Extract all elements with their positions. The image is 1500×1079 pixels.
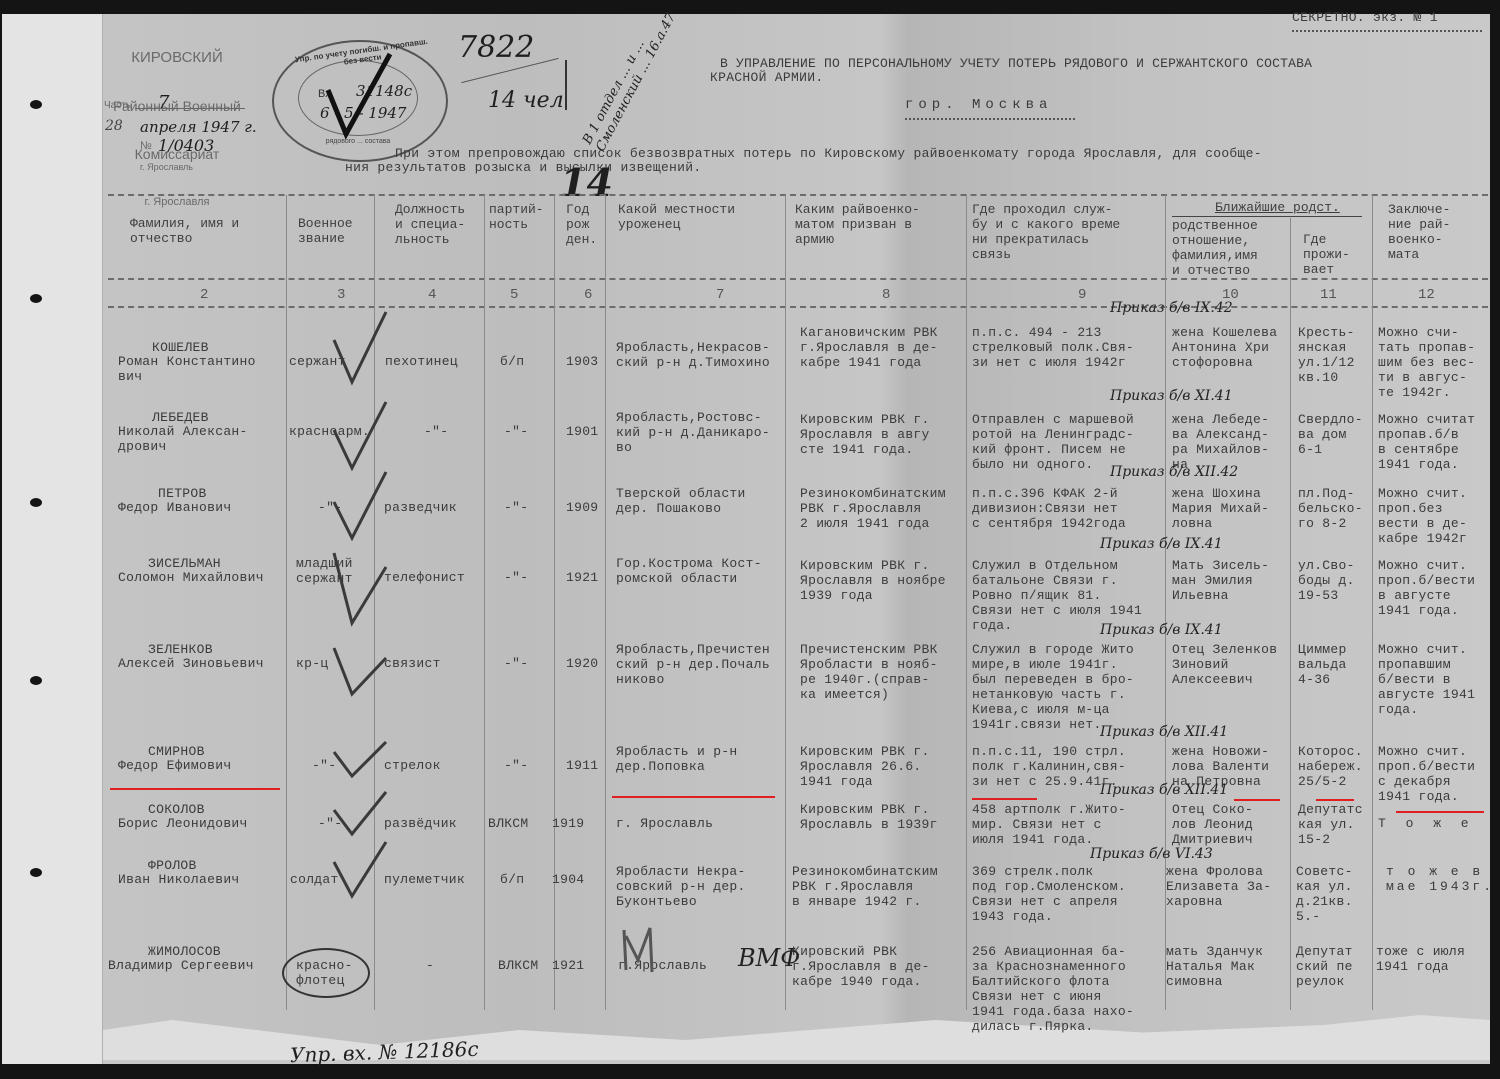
col-divider — [785, 195, 786, 1010]
handwritten-annotation: Приказ б/в IX.42 — [1110, 300, 1233, 316]
party: -"- — [504, 500, 528, 515]
service-info: 369 стрелк.полк под гор.Смоленском. Связ… — [972, 864, 1126, 924]
col-header-10: родственное отношение, фамилия,имя и отч… — [1172, 218, 1258, 278]
punch-hole — [30, 868, 42, 877]
checkmark-icon — [330, 310, 390, 390]
handwritten-count: 14 чел — [488, 88, 564, 113]
surname: ЗИСЕЛЬМАН — [148, 556, 221, 571]
drafted-by: Кировский РВК г.Ярославля в де- кабре 19… — [792, 944, 930, 989]
part-label: Часть — [104, 100, 131, 111]
surname: КОШЕЛЕВ — [152, 340, 209, 355]
col-divider — [484, 195, 485, 1010]
surname: ЗЕЛЕНКОВ — [148, 642, 213, 657]
addressee-city: гор. Москва — [905, 98, 1052, 113]
service-info: 458 артполк г.Жито- мир. Связи нет с июл… — [972, 802, 1126, 847]
col-header-5: партий- ность — [489, 202, 544, 232]
col-number-7: 7 — [716, 287, 724, 303]
group-rule — [1172, 216, 1362, 217]
full-name: Федор Иванович — [118, 500, 231, 515]
full-name: Владимир Сергеевич — [108, 958, 254, 973]
full-name: Соломон Михайлович — [118, 570, 264, 585]
highlight-underline — [110, 788, 280, 790]
position: пехотинец — [385, 354, 458, 369]
conclusion: Можно счит. пропавшим б/вести в августе … — [1378, 642, 1475, 717]
service-info: 256 Авиационная ба- за Краснознаменного … — [972, 944, 1134, 1034]
handwritten-annotation: Приказ б/в XII.42 — [1110, 464, 1238, 480]
handwritten-annotation: Приказ б/в IX.41 — [1100, 536, 1223, 552]
drafted-by: Кагановичским РВК г.Ярославля в де- кабр… — [800, 325, 938, 370]
addressee-line2: КРАСНОЙ АРМИИ. — [710, 70, 823, 85]
relative: Отец Соко- лов Леонид Дмитриевич — [1172, 802, 1253, 847]
handwritten-annotation: Приказ б/в IX.41 — [1100, 622, 1223, 638]
part-value: 7 — [158, 92, 169, 113]
intro-line2: ния результатов розыска и высылки извеще… — [345, 160, 701, 175]
letterhead-line2: Районный Военный — [112, 98, 242, 114]
checkmark-icon — [330, 840, 390, 900]
date-handwritten: апреля 1947 г. — [140, 118, 257, 136]
surname: ФРОЛОВ — [148, 858, 197, 873]
punch-hole — [30, 294, 42, 303]
party: б/п — [500, 872, 524, 887]
address: Свердло- ва дом 6-1 — [1298, 412, 1363, 457]
checkmark-icon — [330, 545, 390, 630]
service-info: Служил в городе Жито мире,в июле 1941г. … — [972, 642, 1134, 732]
party: -"- — [504, 424, 528, 439]
drafted-by: Пречистенским РВК Яробласти в нояб- ре 1… — [800, 642, 938, 702]
binding-strip — [2, 14, 103, 1064]
underline — [1292, 30, 1482, 32]
col-number-6: 6 — [584, 287, 592, 303]
full-name: Иван Николаевич — [118, 872, 240, 887]
address: пл.Под- бельско- го 8-2 — [1298, 486, 1363, 531]
surname: СМИРНОВ — [148, 744, 205, 759]
handwritten-annotation: Приказ б/в XII.41 — [1100, 782, 1228, 798]
letterhead-line1: КИРОВСКИЙ — [112, 50, 242, 66]
birthplace: г. Ярославль — [616, 816, 713, 831]
col-header-2: Фамилия, имя и отчество — [130, 216, 239, 246]
party: -"- — [504, 758, 528, 773]
punch-hole — [30, 100, 42, 109]
col-header-4: Должность и специа- льность — [395, 202, 465, 247]
party: б/п — [500, 354, 524, 369]
position: -"- — [424, 424, 448, 439]
party: -"- — [504, 656, 528, 671]
address: Кресть- янская ул.1/12 кв.10 — [1298, 325, 1355, 385]
conclusion: Можно счит. проп.без вести в де- кабре 1… — [1378, 486, 1467, 546]
col-number-11: 11 — [1320, 287, 1337, 303]
letterhead-line4: г. Ярославля — [112, 194, 242, 210]
birth-year: 1911 — [566, 758, 598, 773]
birth-year: 1921 — [552, 958, 584, 973]
relative: Мать Зисель- ман Эмилия Ильевна — [1172, 558, 1269, 603]
highlight-underline — [1316, 799, 1354, 801]
position: развёдчик — [384, 816, 457, 831]
handwritten-annotation: Приказ б/в VI.43 — [1090, 846, 1213, 862]
addressee-line1: В УПРАВЛЕНИЕ ПО ПЕРСОНАЛЬНОМУ УЧЕТУ ПОТЕ… — [720, 56, 1312, 71]
handwritten-annotation: Приказ б/в XI.41 — [1110, 388, 1233, 404]
divider — [135, 108, 245, 109]
birth-year: 1920 — [566, 656, 598, 671]
relative: жена Лебеде- ва Александ- ра Михайлов- н… — [1172, 412, 1269, 472]
relative: жена Кошелева Антонина Хри стофоровна — [1172, 325, 1277, 370]
party: -"- — [504, 570, 528, 585]
checkmark-icon — [330, 400, 390, 475]
service-info: Отправлен с маршевой ротой на Ленинградс… — [972, 412, 1134, 472]
col-number-9: 9 — [1078, 287, 1086, 303]
position: пулеметчик — [384, 872, 465, 887]
full-name: Николай Алексан- дрович — [118, 424, 248, 454]
col-divider — [286, 195, 287, 1010]
received-stamp: Упр. по учету погибш. и пропавш. без вес… — [272, 40, 448, 162]
col-number-3: 3 — [337, 287, 345, 303]
col-number-2: 2 — [200, 287, 208, 303]
col-number-5: 5 — [510, 287, 518, 303]
surname: ПЕТРОВ — [158, 486, 207, 501]
handwritten-annotation: Приказ б/в XII.41 — [1100, 724, 1228, 740]
birth-year: 1919 — [552, 816, 584, 831]
handwritten-mark — [620, 926, 656, 976]
col-divider — [966, 195, 967, 1010]
classification: СЕКРЕТНО. экз. № 1 — [1292, 10, 1438, 25]
drafted-by: Резинокомбинатским РВК г.Ярославля 2 июл… — [800, 486, 946, 531]
birthplace: Тверской области дер. Пошаково — [616, 486, 746, 516]
group-header-relatives: Ближайшие родст. — [1215, 200, 1340, 215]
drafted-by: Кировским РВК г. Ярославля 26.6. 1941 го… — [800, 744, 930, 789]
number-label: № — [140, 140, 152, 152]
col-header-9: Где проходил служ- бу и с какого време н… — [972, 202, 1120, 262]
col-header-11: Где прожи- вает — [1303, 232, 1350, 277]
checkmark-icon — [330, 640, 390, 700]
service-info: п.п.с. 494 - 213 стрелковый полк.Свя- зи… — [972, 325, 1134, 370]
conclusion: тоже с июля 1941 года — [1376, 944, 1465, 974]
hand-bar — [565, 60, 567, 110]
relative: мать Зданчук Наталья Мак симовна — [1166, 944, 1263, 989]
checkmark-icon — [330, 470, 390, 545]
address: Советс- кая ул. д.21кв. 5.- — [1296, 864, 1353, 924]
col-number-12: 12 — [1418, 287, 1435, 303]
underline — [905, 118, 1075, 120]
col-number-4: 4 — [428, 287, 436, 303]
drafted-by: Кировским РВК г. Ярославля в авгу сте 19… — [800, 412, 930, 457]
highlight-underline — [972, 798, 1037, 800]
surname: СОКОЛОВ — [148, 802, 205, 817]
rank: кр-ц — [296, 656, 328, 671]
relative: Отец Зеленков Зиновий Алексеевич — [1172, 642, 1277, 687]
col-header-7: Какой местности уроженец — [618, 202, 735, 232]
punch-hole — [30, 498, 42, 507]
address: Которос. набереж. 25/5-2 — [1298, 744, 1363, 789]
checkmark-icon — [330, 790, 390, 840]
birth-year: 1921 — [566, 570, 598, 585]
highlight-underline — [1396, 811, 1484, 813]
col-header-12: Заключе- ние рай- военко- мата — [1388, 202, 1450, 262]
col-divider — [554, 195, 555, 1010]
address: Депутат ский пе реулок — [1296, 944, 1353, 989]
party: ВЛКСМ — [498, 958, 539, 973]
relative: жена Фролова Елизавета За- харовна — [1166, 864, 1271, 909]
full-name: Роман Константино вич — [118, 354, 256, 384]
conclusion: Можно счит. проп.б/вести с декабря 1941 … — [1378, 744, 1475, 804]
birth-year: 1901 — [566, 424, 598, 439]
birthplace: Гор.Кострома Кост- ромской области — [616, 556, 762, 586]
drafted-by: Кировским РВК г. Ярославля в ноябре 1939… — [800, 558, 946, 603]
col-header-8: Каким райвоенко- матом призван в армию — [795, 202, 920, 247]
number-value: 1/0403 — [158, 136, 214, 155]
circled-rank — [282, 948, 370, 998]
col-number-8: 8 — [882, 287, 890, 303]
conclusion: Можно считат пропав.б/в в сентябре 1941 … — [1378, 412, 1475, 472]
position: - — [426, 958, 434, 973]
address: ул.Сво- боды д. 19-53 — [1298, 558, 1355, 603]
position: стрелок — [384, 758, 441, 773]
table-top-rule — [108, 194, 1488, 196]
col-header-6: Год рож ден. — [566, 202, 597, 247]
address: Депутатс кая ул. 15-2 — [1298, 802, 1363, 847]
conclusion: Можно счи- тать пропав- шим без вес- ти … — [1378, 325, 1475, 400]
number-rule — [108, 306, 1488, 308]
position: разведчик — [384, 500, 457, 515]
birth-year: 1903 — [566, 354, 598, 369]
highlight-underline — [612, 796, 775, 798]
date-day: 28 — [105, 118, 123, 134]
conclusion: т о ж е в мае 1943г. — [1386, 864, 1494, 894]
birthplace: Яробласть и р-н дер.Поповка — [616, 744, 738, 774]
address: Циммер вальда 4-36 — [1298, 642, 1347, 687]
col-divider — [1372, 195, 1373, 1010]
punch-hole — [30, 676, 42, 685]
relative: жена Шохина Мария Михай- ловна — [1172, 486, 1269, 531]
birthplace: Яробласть,Некрасов- ский р-н д.Тимохино — [616, 340, 770, 370]
handwritten-number: 7822 — [458, 30, 534, 65]
highlight-underline — [1234, 799, 1280, 801]
birth-year: 1904 — [552, 872, 584, 887]
intro-line1: При этом препровождаю список безвозвратн… — [395, 146, 1262, 161]
birthplace: Яробласть,Ростовс- кий р-н д.Даникаро- в… — [616, 410, 770, 455]
handwritten-annotation: ВМФ — [738, 944, 800, 972]
birth-year: 1909 — [566, 500, 598, 515]
header-rule — [108, 278, 1488, 280]
col-header-3: Военное звание — [298, 216, 353, 246]
conclusion: Т о ж е — [1378, 816, 1475, 831]
col-divider — [605, 195, 606, 1010]
service-info: п.п.с.396 КФАК 2-й дивизион:Связи нет с … — [972, 486, 1126, 531]
drafted-by: Резинокомбинатским РВК г.Ярославля в янв… — [792, 864, 938, 909]
surname: ЛЕБЕДЕВ — [152, 410, 209, 425]
party: ВЛКСМ — [488, 816, 529, 831]
col-divider — [1290, 218, 1291, 1010]
full-name: Алексей Зиновьевич — [118, 656, 264, 671]
letterhead-city: г. Ярославль — [140, 162, 193, 172]
conclusion: Можно счит. проп.б/вести в августе 1941 … — [1378, 558, 1475, 618]
full-name: Борис Леонидович — [118, 816, 248, 831]
drafted-by: Кировским РВК г. Ярославль в 1939г — [800, 802, 938, 832]
checkmark-icon — [324, 52, 394, 142]
birthplace: Яробласть,Пречистен ский р-н дер.Почаль … — [616, 642, 770, 687]
position: телефонист — [384, 570, 465, 585]
checkmark-icon — [330, 740, 390, 780]
position: связист — [384, 656, 441, 671]
full-name: Федор Ефимович — [118, 758, 231, 773]
birthplace: Яробласти Некра- совский р-н дер. Буконт… — [616, 864, 746, 909]
surname: ЖИМОЛОСОВ — [148, 944, 221, 959]
